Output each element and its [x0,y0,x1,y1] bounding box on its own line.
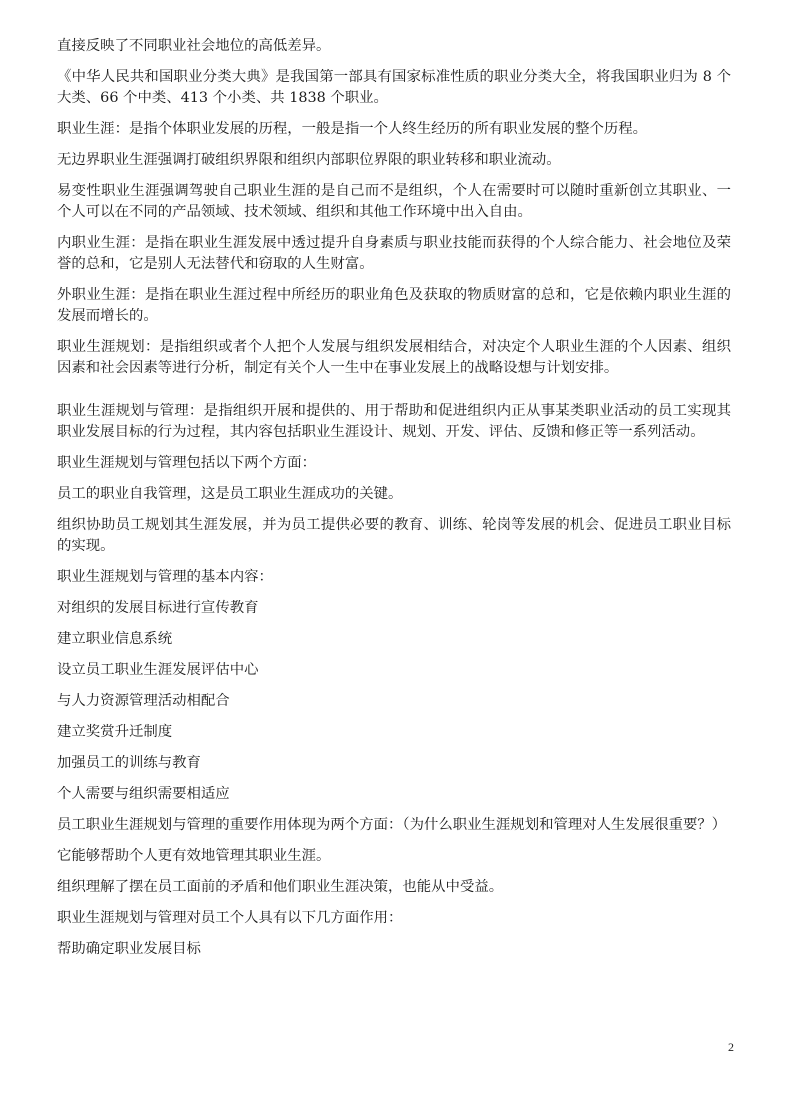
paragraph: 组织协助员工规划其生涯发展，并为员工提供必要的教育、训练、轮岗等发展的机会、促进… [57,515,731,557]
list-item: 对组织的发展目标进行宣传教育 [57,598,731,619]
paragraph: 职业生涯规划：是指组织或者个人把个人发展与组织发展相结合，对决定个人职业生涯的个… [57,337,731,379]
list-item: 帮助确定职业发展目标 [57,939,731,960]
paragraph: 职业生涯：是指个体职业发展的历程，一般是指一个人终生经历的所有职业发展的整个历程… [57,119,731,140]
paragraph: 职业生涯规划与管理包括以下两个方面： [57,453,731,474]
list-item: 加强员工的训练与教育 [57,753,731,774]
paragraph: 职业生涯规划与管理对员工个人具有以下几方面作用： [57,908,731,929]
list-item: 个人需要与组织需要相适应 [57,784,731,805]
paragraph: 它能够帮助个人更有效地管理其职业生涯。 [57,846,731,867]
paragraph: 易变性职业生涯强调驾驶自己职业生涯的是自己而不是组织，个人在需要时可以随时重新创… [57,181,731,223]
paragraph: 《中华人民共和国职业分类大典》是我国第一部具有国家标准性质的职业分类大全，将我国… [57,67,731,109]
paragraph: 直接反映了不同职业社会地位的高低差异。 [57,36,731,57]
paragraph: 员工的职业自我管理，这是员工职业生涯成功的关键。 [57,484,731,505]
paragraph: 无边界职业生涯强调打破组织界限和组织内部职位界限的职业转移和职业流动。 [57,150,731,171]
page-number: 2 [728,1040,734,1055]
paragraph: 外职业生涯：是指在职业生涯过程中所经历的职业角色及获取的物质财富的总和，它是依赖… [57,285,731,327]
paragraph: 职业生涯规划与管理：是指组织开展和提供的、用于帮助和促进组织内正从事某类职业活动… [57,401,731,443]
list-item: 建立职业信息系统 [57,629,731,650]
list-item: 与人力资源管理活动相配合 [57,691,731,712]
list-item: 建立奖赏升迁制度 [57,722,731,743]
list-item: 设立员工职业生涯发展评估中心 [57,660,731,681]
paragraph: 职业生涯规划与管理的基本内容： [57,567,731,588]
paragraph: 内职业生涯：是指在职业生涯发展中透过提升自身素质与职业技能而获得的个人综合能力、… [57,233,731,275]
document-page-body: 直接反映了不同职业社会地位的高低差异。 《中华人民共和国职业分类大典》是我国第一… [57,36,731,970]
paragraph: 员工职业生涯规划与管理的重要作用体现为两个方面：（为什么职业生涯规划和管理对人生… [57,815,731,836]
paragraph: 组织理解了摆在员工面前的矛盾和他们职业生涯决策，也能从中受益。 [57,877,731,898]
